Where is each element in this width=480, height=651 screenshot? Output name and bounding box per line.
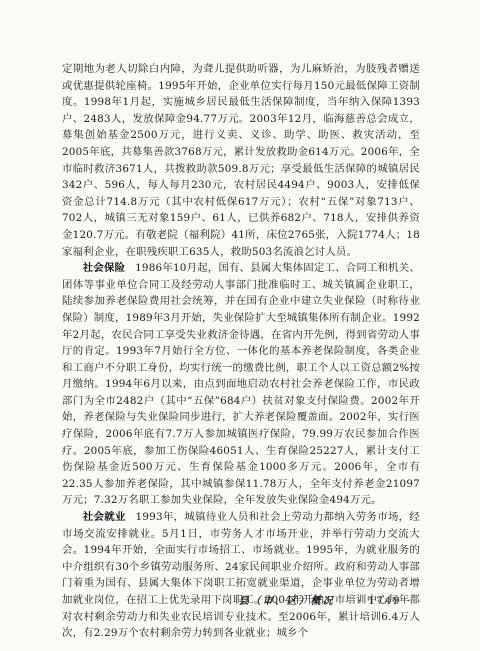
page-footer: 县（市、区）概况 · 1749 · <box>62 594 412 610</box>
text-block: 定期地为老人切除白内障，为聋儿提供助听器，为儿麻矫治，为肢残者赠送或优惠提供轮座… <box>62 61 420 642</box>
paragraph-text: 定期地为老人切除白内障，为聋儿提供助听器，为儿麻矫治，为肢残者赠送或优惠提供轮座… <box>62 63 420 258</box>
paragraph-welfare-continuation: 定期地为老人切除白内障，为聋儿提供助听器，为儿麻矫治，为肢残者赠送或优惠提供轮座… <box>62 61 420 260</box>
document-page: 定期地为老人切除白内障，为聋儿提供助听器，为儿麻矫治，为肢残者赠送或优惠提供轮座… <box>0 0 480 651</box>
paragraph-text: 1993年，城镇待业人员和社会上劳动力都纳入劳务市场，经市场交流安排就业。5月1… <box>62 511 420 639</box>
paragraph-social-employment: 社会就业1993年，城镇待业人员和社会上劳动力都纳入劳务市场，经市场交流安排就业… <box>62 509 420 642</box>
footer-section-title: 县（市、区）概况 <box>239 596 335 607</box>
paragraph-text: 1986年10月起，国有、县属大集体固定工、合同工和机关、团体等事业单位合同工及… <box>62 262 420 506</box>
section-heading-social-insurance: 社会保险 <box>83 262 125 274</box>
footer-page-number: · 1749 · <box>358 596 412 607</box>
paragraph-social-insurance: 社会保险1986年10月起，国有、县属大集体固定工、合同工和机关、团体等事业单位… <box>62 260 420 509</box>
section-heading-social-employment: 社会就业 <box>83 511 126 523</box>
